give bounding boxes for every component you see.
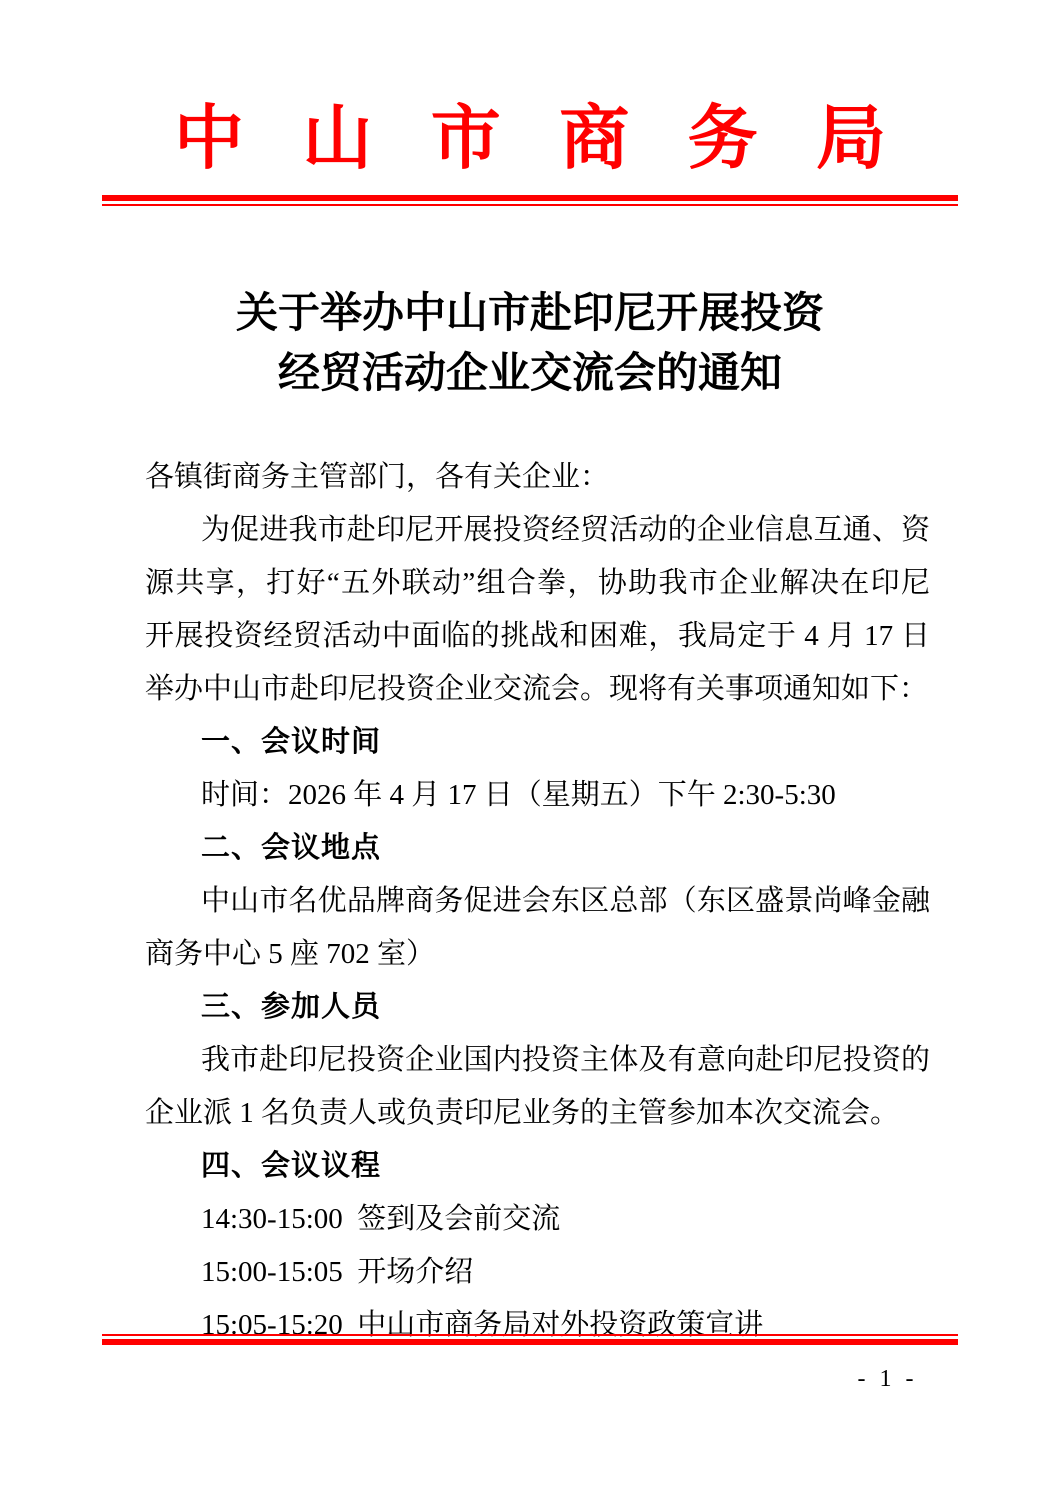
section-heading-agenda: 四、会议议程 [145, 1140, 930, 1193]
meeting-place-line: 中山市名优品牌商务促进会东区总部（东区盛景尚峰金融 [145, 875, 930, 928]
page-number: - 1 - [840, 1366, 935, 1393]
section-heading-meeting-time: 一、会议时间 [145, 716, 930, 769]
section-heading-participants: 三、参加人员 [145, 981, 930, 1034]
participants-line: 我市赴印尼投资企业国内投资主体及有意向赴印尼投资的 [145, 1034, 930, 1087]
document-title: 关于举办中山市赴印尼开展投资 经贸活动企业交流会的通知 [0, 284, 1060, 404]
document-page: 中山市商务局 关于举办中山市赴印尼开展投资 经贸活动企业交流会的通知 各镇街商务… [0, 0, 1060, 1500]
salutation: 各镇街商务主管部门，各有关企业： [145, 451, 930, 504]
document-title-line-2: 经贸活动企业交流会的通知 [0, 344, 1060, 404]
footer-double-rule [102, 1334, 958, 1345]
intro-paragraph-line: 开展投资经贸活动中面临的挑战和困难，我局定于 4 月 17 日 [145, 610, 930, 663]
intro-paragraph-line: 举办中山市赴印尼投资企业交流会。现将有关事项通知如下： [145, 663, 930, 716]
header-double-rule [102, 195, 958, 206]
agenda-item: 14:30-15:00 签到及会前交流 [145, 1193, 930, 1246]
participants-line: 企业派 1 名负责人或负责印尼业务的主管参加本次交流会。 [145, 1087, 930, 1140]
document-title-line-1: 关于举办中山市赴印尼开展投资 [0, 284, 1060, 344]
meeting-time-line: 时间：2026 年 4 月 17 日（星期五）下午 2:30-5:30 [145, 769, 930, 822]
agency-name: 中山市商务局 [174, 94, 886, 186]
intro-paragraph-line: 为促进我市赴印尼开展投资经贸活动的企业信息互通、资 [145, 504, 930, 557]
section-heading-meeting-place: 二、会议地点 [145, 822, 930, 875]
agenda-item: 15:00-15:05 开场介绍 [145, 1246, 930, 1299]
intro-paragraph-line: 源共享，打好“五外联动”组合拳，协助我市企业解决在印尼 [145, 557, 930, 610]
document-body: 各镇街商务主管部门，各有关企业： 为促进我市赴印尼开展投资经贸活动的企业信息互通… [145, 451, 930, 1352]
meeting-place-line: 商务中心 5 座 702 室） [145, 928, 930, 981]
